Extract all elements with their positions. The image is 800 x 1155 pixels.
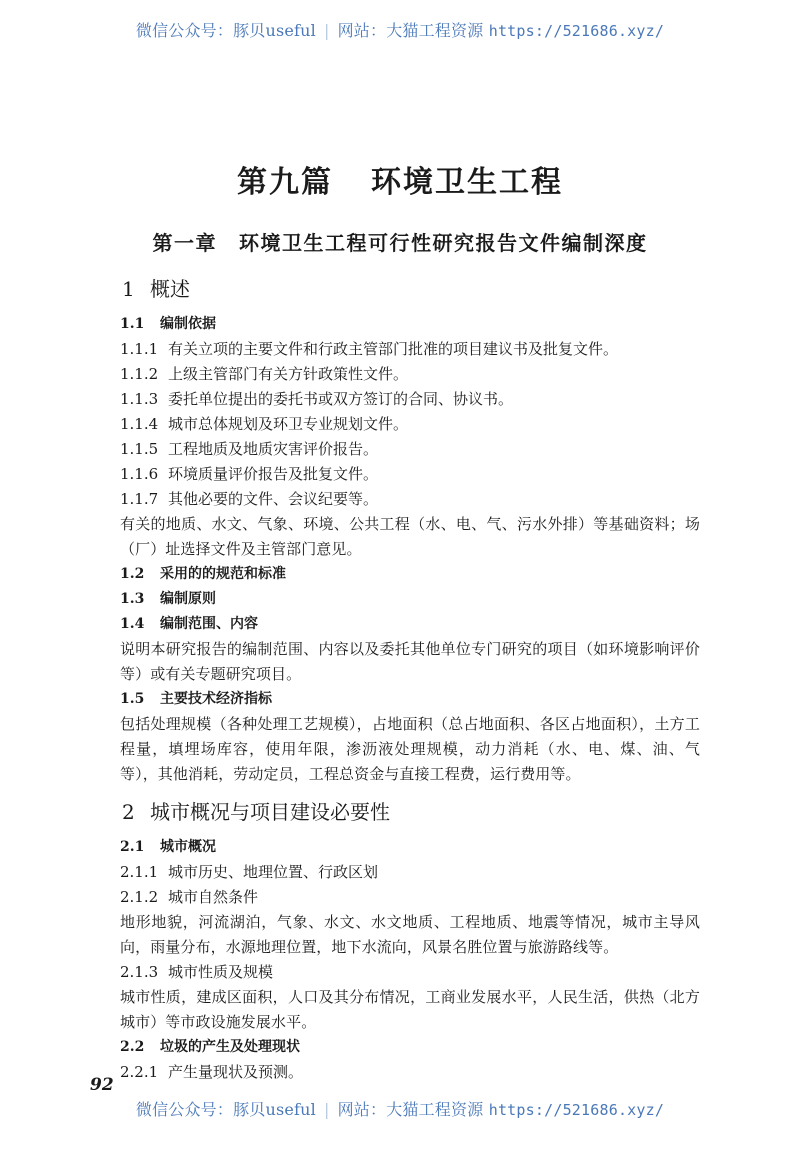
subsection-2-1: 2.1城市概况 <box>120 835 700 860</box>
subsection-1-5: 1.5主要技术经济指标 <box>120 687 700 712</box>
subsection-1-2: 1.2采用的的规范和标准 <box>120 562 700 587</box>
clause-1-1-5: 1.1.5工程地质及地质灾害评价报告。 <box>120 437 700 462</box>
clause-2-1-1: 2.1.1城市历史、地理位置、行政区划 <box>120 860 700 885</box>
part-name: 环境卫生工程 <box>371 165 563 200</box>
part-number: 第九篇 <box>237 165 333 200</box>
clause-2-2-1: 2.2.1产生量现状及预测。 <box>120 1060 700 1085</box>
paragraph-city-nature: 城市性质，建成区面积，人口及其分布情况，工商业发展水平，人民生活，供热（北方城市… <box>100 985 700 1035</box>
watermark-account: 微信公众号：豚贝useful <box>136 1100 316 1119</box>
watermark-site: 网站：大猫工程资源 <box>338 1100 484 1119</box>
document-body: 1概述 1.1编制依据 1.1.1有关立项的主要文件和行政主管部门批准的项目建议… <box>120 270 700 1085</box>
clause-1-1-7: 1.1.7其他必要的文件、会议纪要等。 <box>120 487 700 512</box>
paragraph-natural-conditions: 地形地貌，河流湖泊，气象、水文、水文地质、工程地质、地震等情况，城市主导风向，雨… <box>100 910 700 960</box>
paragraph-scope: 说明本研究报告的编制范围、内容以及委托其他单位专门研究的项目（如环境影响评价等）… <box>100 637 700 687</box>
clause-1-1-2: 1.1.2上级主管部门有关方针政策性文件。 <box>120 362 700 387</box>
clause-1-1-4: 1.1.4城市总体规划及环卫专业规划文件。 <box>120 412 700 437</box>
paragraph-indicators: 包括处理规模（各种处理工艺规模），占地面积（总占地面积、各区占地面积），土方工程… <box>100 712 700 787</box>
page-number: 92 <box>90 1075 114 1095</box>
subsection-1-3: 1.3编制原则 <box>120 587 700 612</box>
chapter-name: 环境卫生工程可行性研究报告文件编制深度 <box>239 231 648 255</box>
clause-2-1-3: 2.1.3城市性质及规模 <box>120 960 700 985</box>
chapter-number: 第一章 <box>153 231 218 255</box>
clause-2-1-2: 2.1.2城市自然条件 <box>120 885 700 910</box>
watermark-site: 网站：大猫工程资源 <box>338 21 484 40</box>
watermark-url[interactable]: https://521686.xyz/ <box>489 22 664 40</box>
section-heading-2: 2城市概况与项目建设必要性 <box>122 795 700 829</box>
clause-1-1-1: 1.1.1有关立项的主要文件和行政主管部门批准的项目建议书及批复文件。 <box>120 337 700 362</box>
clause-1-1-3: 1.1.3委托单位提出的委托书或双方签订的合同、协议书。 <box>120 387 700 412</box>
subsection-1-1: 1.1编制依据 <box>120 312 700 337</box>
paragraph-basic-data: 有关的地质、水文、气象、环境、公共工程（水、电、气、污水外排）等基础资料；场（厂… <box>100 512 700 562</box>
watermark-bottom: 微信公众号：豚贝useful|网站：大猫工程资源 https://521686.… <box>0 1097 800 1120</box>
subsection-1-4: 1.4编制范围、内容 <box>120 612 700 637</box>
section-heading-1: 1概述 <box>122 272 700 306</box>
chapter-title: 第一章环境卫生工程可行性研究报告文件编制深度 <box>0 227 800 256</box>
watermark-url[interactable]: https://521686.xyz/ <box>489 1101 664 1119</box>
clause-1-1-6: 1.1.6环境质量评价报告及批复文件。 <box>120 462 700 487</box>
part-title: 第九篇环境卫生工程 <box>0 157 800 201</box>
watermark-top: 微信公众号：豚贝useful|网站：大猫工程资源 https://521686.… <box>0 18 800 41</box>
watermark-account: 微信公众号：豚贝useful <box>136 21 316 40</box>
subsection-2-2: 2.2垃圾的产生及处理现状 <box>120 1035 700 1060</box>
watermark-separator: | <box>324 1100 330 1119</box>
watermark-separator: | <box>324 21 330 40</box>
